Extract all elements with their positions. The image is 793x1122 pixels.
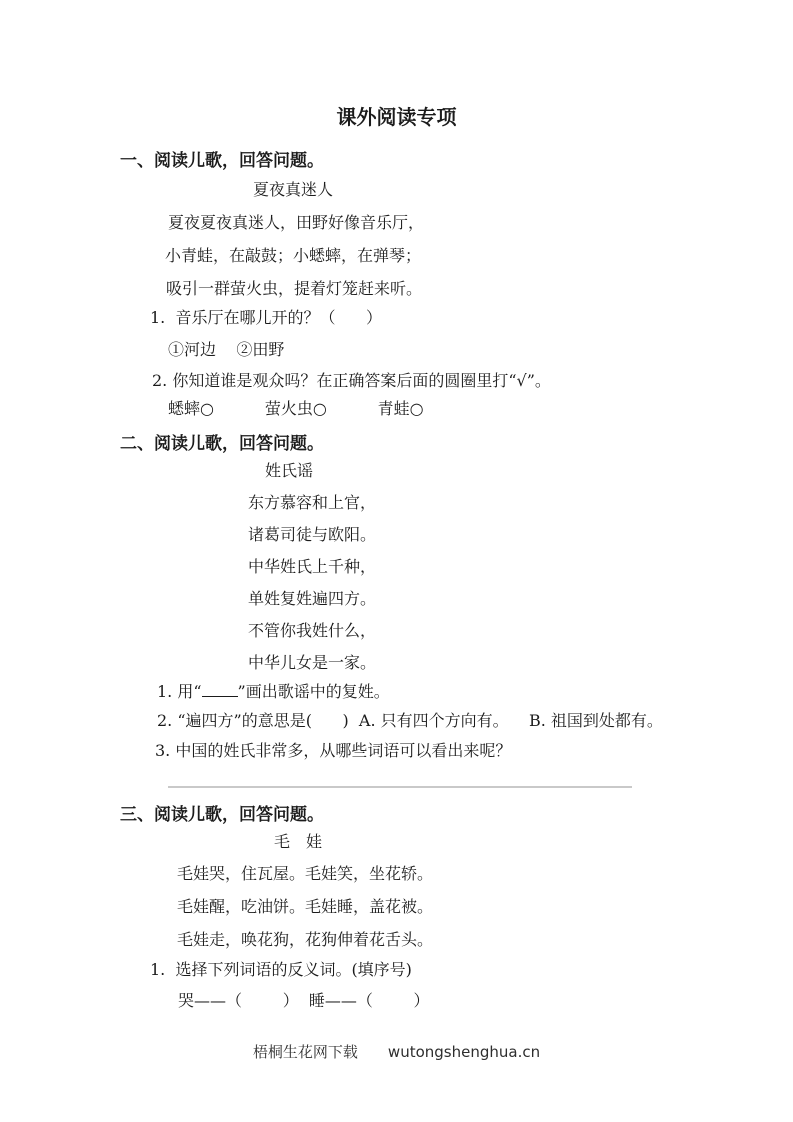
poem1-line: 夏夜夏夜真迷人，田野好像音乐厅， bbox=[168, 213, 424, 233]
section2-question-1-suffix: ”画出歌谣中的复姓。 bbox=[238, 682, 390, 701]
poem3-line: 毛娃走，唤花狗，花狗伸着花舌头。 bbox=[177, 930, 433, 950]
footer-site-url: wutongshenghua.cn bbox=[388, 1043, 540, 1061]
poem3-line: 毛娃醒，吃油饼。毛娃睡，盖花被。 bbox=[177, 897, 433, 917]
poem2-line: 单姓复姓遍四方。 bbox=[248, 589, 376, 609]
page-footer: 梧桐生花网下载 wutongshenghua.cn bbox=[0, 1041, 793, 1062]
answer-line bbox=[168, 786, 632, 788]
blank-underline bbox=[202, 681, 238, 697]
section1-question-2-choices: 蟋蟀○ 萤火虫○ 青蛙○ bbox=[168, 399, 424, 419]
poem1-line: 吸引一群萤火虫，提着灯笼赶来听。 bbox=[166, 279, 422, 299]
poem2-line: 诸葛司徒与欧阳。 bbox=[248, 525, 376, 545]
section1-heading: 一、阅读儿歌，回答问题。 bbox=[120, 146, 324, 171]
section1-question-1: 1. 音乐厅在哪儿开的？（ ） bbox=[150, 308, 382, 328]
section2-question-1: 1. 用“”画出歌谣中的复姓。 bbox=[157, 681, 390, 702]
section1-question-1-options: ①河边 ②田野 bbox=[168, 340, 284, 360]
footer-site-name: 梧桐生花网下载 bbox=[253, 1041, 358, 1062]
section2-question-3: 3. 中国的姓氏非常多，从哪些词语可以看出来呢？ bbox=[155, 741, 511, 761]
section3-question-1-blanks: 哭——（ ） 睡——（ ） bbox=[178, 991, 430, 1011]
poem2-line: 中华儿女是一家。 bbox=[248, 653, 376, 673]
poem1-title: 夏夜真迷人 bbox=[253, 180, 333, 200]
poem2-line: 不管你我姓什么， bbox=[248, 621, 376, 641]
section3-heading: 三、阅读儿歌，回答问题。 bbox=[120, 800, 324, 825]
page-title: 课外阅读专项 bbox=[0, 101, 793, 130]
poem3-title: 毛 娃 bbox=[274, 832, 322, 852]
poem2-line: 中华姓氏上千种， bbox=[248, 557, 376, 577]
poem3-line: 毛娃哭，住瓦屋。毛娃笑，坐花轿。 bbox=[177, 864, 433, 884]
section2-question-2: 2. “遍四方”的意思是( ) A. 只有四个方向有。 B. 祖国到处都有。 bbox=[157, 711, 663, 731]
section3-question-1: 1. 选择下列词语的反义词。(填序号) bbox=[150, 960, 412, 980]
section2-heading: 二、阅读儿歌，回答问题。 bbox=[120, 429, 324, 454]
poem2-title: 姓氏谣 bbox=[265, 461, 313, 481]
worksheet-page: 课外阅读专项 一、阅读儿歌，回答问题。 夏夜真迷人 夏夜夏夜真迷人，田野好像音乐… bbox=[0, 0, 793, 1122]
section1-question-2: 2. 你知道谁是观众吗？在正确答案后面的圆圈里打“√”。 bbox=[152, 371, 551, 391]
section2-question-1-prefix: 1. 用“ bbox=[157, 682, 202, 701]
poem1-line: 小青蛙，在敲鼓；小蟋蟀，在弹琴； bbox=[165, 246, 421, 266]
poem2-line: 东方慕容和上官， bbox=[248, 493, 376, 513]
